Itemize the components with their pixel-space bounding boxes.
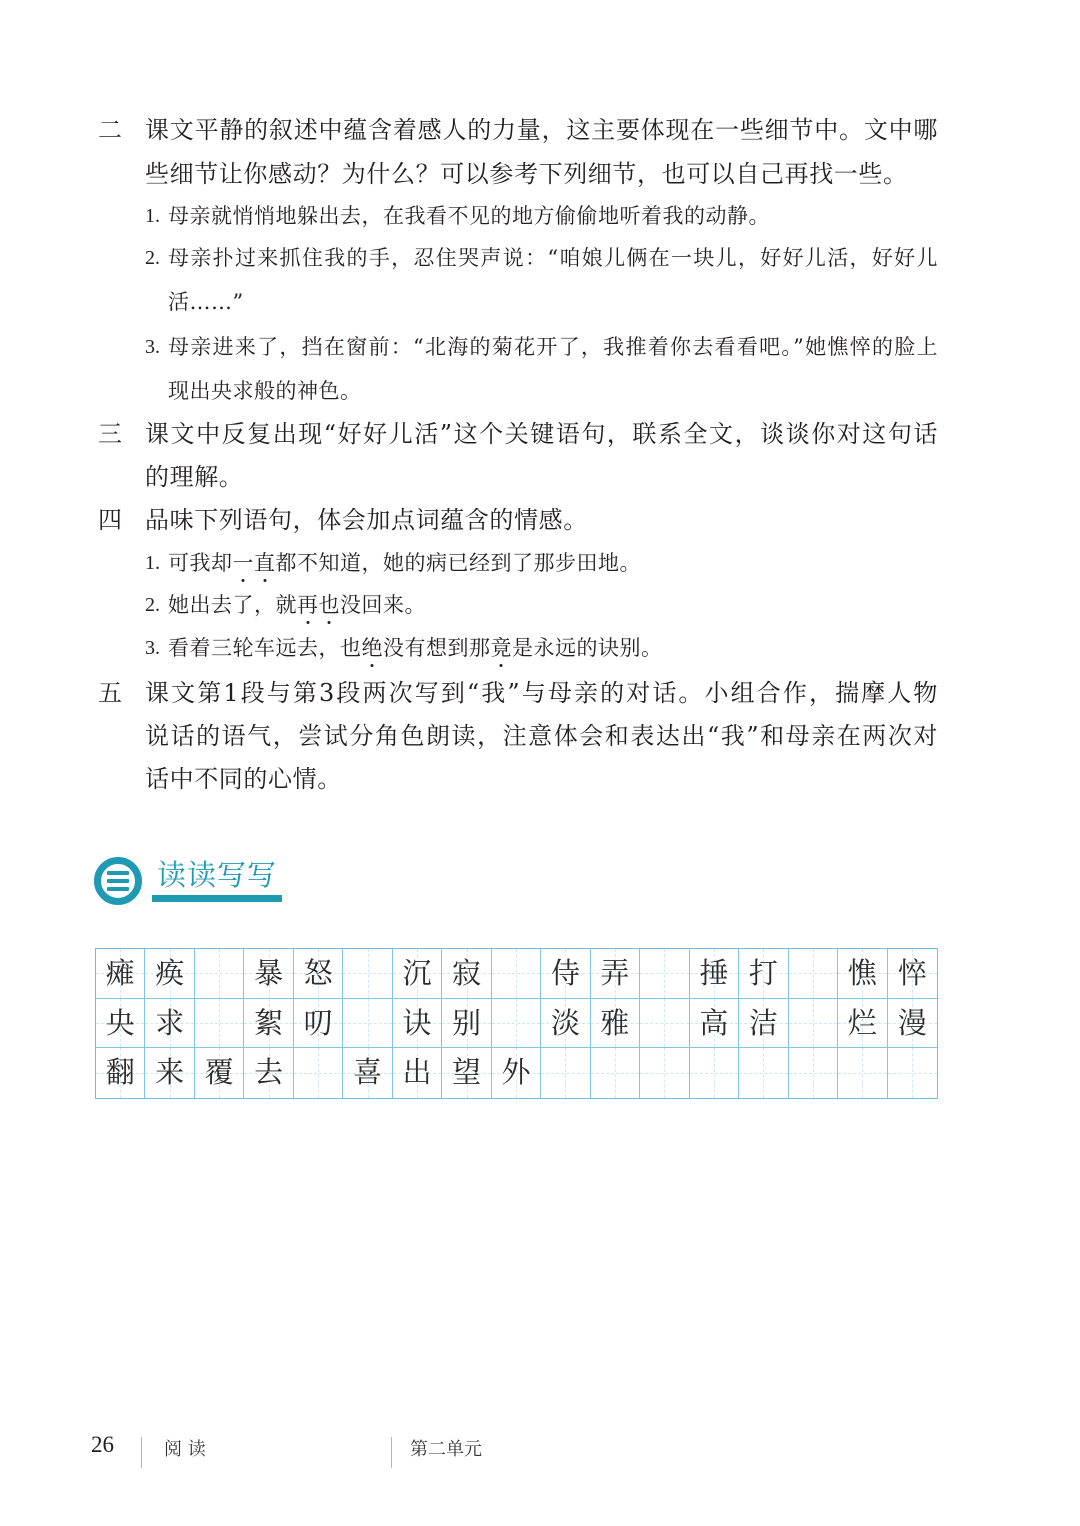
sub-item-number: 2. (145, 585, 160, 625)
question-text-line: 话中不同的心情。 (145, 759, 938, 799)
footer-unit-label: 第二单元 (410, 1435, 482, 1461)
sub-item-text: 母亲进来了，挡在窗前：“北海的菊花开了，我推着你去看看吧。”她憔悴的脸上 (168, 327, 938, 367)
grid-cell: 来 (145, 1048, 194, 1098)
sub-item-number: 3. (145, 628, 160, 668)
grid-cell (541, 1048, 590, 1098)
grid-cell: 高 (690, 999, 739, 1049)
sentence-segment: 没有想到那 (383, 628, 491, 668)
grid-cell: 悴 (888, 949, 937, 999)
grid-cell: 捶 (690, 949, 739, 999)
grid-cell (343, 999, 392, 1049)
grid-cell: 怒 (294, 949, 343, 999)
question-text-line: 的理解。 (145, 457, 938, 497)
sub-item-text: 母亲扑过来抓住我的手，忍住哭声说：“咱娘儿俩在一块儿，好好儿活，好好儿 (168, 238, 938, 278)
footer-section-label: 阅 读 (164, 1435, 206, 1461)
grid-cell: 寂 (442, 949, 491, 999)
grid-cell: 诀 (393, 999, 442, 1049)
grid-cell (690, 1048, 739, 1098)
sub-item-text: 现出央求般的神色。 (168, 371, 938, 411)
grid-cell (195, 949, 244, 999)
grid-cell: 覆 (195, 1048, 244, 1098)
emphasized-char: 绝 (362, 628, 384, 668)
question-text-line: 说话的语气，尝试分角色朗读，注意体会和表达出“我”和母亲在两次对 (145, 716, 938, 756)
grid-cell (888, 1048, 937, 1098)
grid-cell: 沉 (393, 949, 442, 999)
grid-cell (789, 1048, 838, 1098)
section-title-underline (152, 895, 282, 902)
grid-cell (640, 1048, 689, 1098)
grid-cell (195, 999, 244, 1049)
grid-cell: 出 (393, 1048, 442, 1098)
question-text-line: 课文平静的叙述中蕴含着感人的力量，这主要体现在一些细节中。文中哪 (145, 110, 938, 150)
sentence-segment: 没回来。 (340, 585, 426, 625)
grid-cell: 憔 (838, 949, 887, 999)
emphasized-char: 直 (254, 543, 276, 583)
grid-cell (789, 999, 838, 1049)
grid-cell: 叨 (294, 999, 343, 1049)
grid-cell (640, 999, 689, 1049)
sub-item-text: 她出去了，就再也没回来。 (168, 585, 938, 625)
grid-cell (739, 1048, 788, 1098)
grid-cell: 暴 (244, 949, 293, 999)
grid-cell: 絮 (244, 999, 293, 1049)
section-title: 读读写写 (157, 855, 277, 895)
grid-cell (294, 1048, 343, 1098)
emphasized-char: 也 (319, 585, 341, 625)
sentence-segment: 都不知道，她的病已经到了那步田地。 (276, 543, 642, 583)
emphasized-char: 再 (297, 585, 319, 625)
footer-divider (141, 1437, 142, 1468)
grid-cell: 去 (244, 1048, 293, 1098)
sub-item-number: 1. (145, 196, 160, 236)
vocab-grid: 瘫 痪 暴 怒 沉 寂 侍 弄 捶 打 憔 悴 央 求 絮 叨 诀 别 淡 雅 … (95, 948, 938, 1099)
grid-cell: 别 (442, 999, 491, 1049)
grid-cell (343, 949, 392, 999)
page-number: 26 (91, 1432, 114, 1458)
sub-item-text: 活……” (168, 282, 938, 322)
sub-item-text: 看着三轮车远去，也绝没有想到那竟是永远的诀别。 (168, 628, 938, 668)
grid-cell: 外 (492, 1048, 541, 1098)
sub-item-text: 母亲就悄悄地躲出去，在我看不见的地方偷偷地听着我的动静。 (168, 196, 938, 236)
grid-cell: 求 (145, 999, 194, 1049)
grid-cell: 雅 (591, 999, 640, 1049)
sub-item-number: 2. (145, 238, 160, 278)
sub-item-number: 1. (145, 543, 160, 583)
question-text-line: 些细节让你感动？为什么？可以参考下列细节，也可以自己再找一些。 (145, 154, 938, 194)
question-text-line: 品味下列语句，体会加点词蕴含的情感。 (145, 500, 938, 540)
question-number: 三 (98, 414, 126, 454)
grid-cell: 打 (739, 949, 788, 999)
grid-cell: 喜 (343, 1048, 392, 1098)
grid-cell: 淡 (541, 999, 590, 1049)
sub-item-number: 3. (145, 327, 160, 367)
sentence-segment: 是永远的诀别。 (512, 628, 663, 668)
question-text-line: 课文第1段与第3段两次写到“我”与母亲的对话。小组合作，揣摩人物 (145, 673, 938, 713)
grid-cell (492, 999, 541, 1049)
sub-item-text: 可我却一直都不知道，她的病已经到了那步田地。 (168, 543, 938, 583)
sentence-segment: 她出去了，就 (168, 585, 297, 625)
grid-cell (591, 1048, 640, 1098)
grid-cell: 洁 (739, 999, 788, 1049)
grid-cell (492, 949, 541, 999)
grid-cell: 弄 (591, 949, 640, 999)
grid-cell: 漫 (888, 999, 937, 1049)
sentence-segment: 可我却 (168, 543, 233, 583)
question-number: 二 (98, 110, 126, 150)
emphasized-char: 竟 (491, 628, 513, 668)
circled-three-icon (94, 857, 142, 905)
grid-cell: 侍 (541, 949, 590, 999)
grid-cell (640, 949, 689, 999)
question-text-line: 课文中反复出现“好好儿活”这个关键语句，联系全文，谈谈你对这句话 (145, 414, 938, 454)
grid-cell: 翻 (96, 1048, 145, 1098)
grid-cell: 央 (96, 999, 145, 1049)
footer-divider (391, 1437, 392, 1468)
sentence-segment: 看着三轮车远去，也 (168, 628, 362, 668)
grid-cell: 望 (442, 1048, 491, 1098)
grid-cell (789, 949, 838, 999)
grid-cell (838, 1048, 887, 1098)
question-number: 四 (98, 500, 126, 540)
grid-cell: 瘫 (96, 949, 145, 999)
question-number: 五 (98, 673, 126, 713)
emphasized-char: 一 (233, 543, 255, 583)
grid-cell: 痪 (145, 949, 194, 999)
grid-cell: 烂 (838, 999, 887, 1049)
